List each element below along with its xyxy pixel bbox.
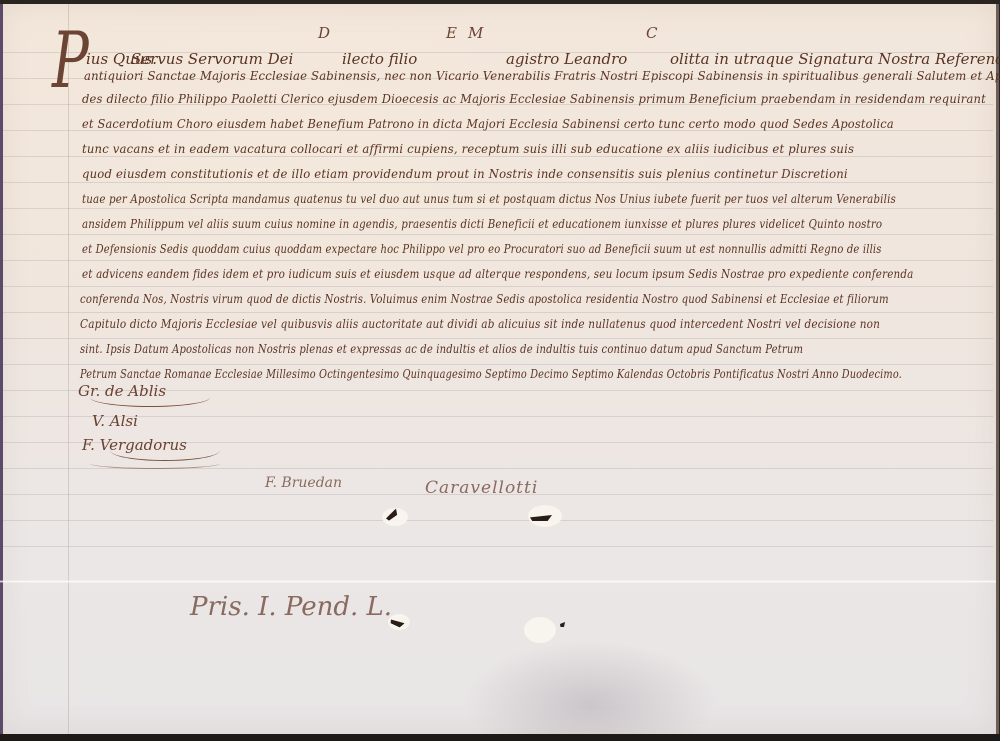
fold-crease	[0, 580, 996, 583]
opening-capital: C	[646, 26, 657, 41]
ruled-line	[3, 234, 993, 235]
opening-capital: E	[446, 26, 457, 41]
opening-text: Servus Servorum Dei	[131, 50, 293, 68]
text-line: antiquiori Sanctae Majoris Ecclesiae Sab…	[84, 68, 1000, 83]
text-line: Capitulo dicto Majoris Ecclesiae vel qui…	[80, 316, 880, 331]
opening-text: agistro Leandro	[506, 50, 627, 68]
ruled-line	[3, 286, 993, 287]
decorated-initial: P	[52, 22, 89, 100]
text-line: sint. Ipsis Datum Apostolicas non Nostri…	[80, 341, 803, 356]
ruled-line	[3, 182, 993, 183]
text-line: tuae per Apostolica Scripta mandamus qua…	[82, 191, 896, 206]
scan-background	[0, 734, 1000, 741]
ruled-line	[3, 338, 993, 339]
text-line: conferenda Nos, Nostris virum quod de di…	[80, 291, 889, 306]
signature: Pris. I. Pend. L.	[190, 592, 392, 622]
text-line: quod eiusdem constitutionis et de illo e…	[82, 166, 848, 181]
ruled-line	[3, 364, 993, 365]
seal-hole-halo	[524, 617, 556, 643]
text-line: des dilecto filio Philippo Paoletti Cler…	[82, 91, 986, 106]
page-edge	[0, 4, 3, 734]
opening-capital: M	[468, 26, 483, 41]
signature: Caravellotti	[425, 478, 538, 498]
ruled-line	[3, 156, 993, 157]
text-line: tunc vacans et in eadem vacatura colloca…	[82, 141, 854, 156]
signature: V. Alsi	[92, 412, 138, 430]
ruled-line	[3, 312, 993, 313]
ruled-line	[3, 416, 993, 417]
ruled-line	[3, 208, 993, 209]
signature-flourish	[90, 458, 220, 469]
text-line: et advicens eandem fides idem et pro iud…	[82, 266, 914, 281]
text-line: Petrum Sanctae Romanae Ecclesiae Millesi…	[80, 366, 902, 381]
opening-capital: D	[318, 26, 330, 41]
opening-text: ilecto filio	[342, 50, 417, 68]
ruled-line	[3, 260, 993, 261]
text-line: et Defensionis Sedis quoddam cuius quodd…	[82, 241, 882, 256]
ruled-line	[3, 520, 993, 521]
text-line: ansidem Philippum vel aliis suum cuius n…	[82, 216, 882, 231]
margin-rule	[68, 4, 69, 734]
ruled-line	[3, 546, 993, 547]
signature-flourish	[90, 388, 210, 407]
text-line: et Sacerdotium Choro eiusdem habet Benef…	[82, 116, 894, 131]
opening-text: olitta in utraque Signatura Nostra Refer…	[670, 50, 1000, 68]
signature: F. Bruedan	[265, 475, 342, 491]
